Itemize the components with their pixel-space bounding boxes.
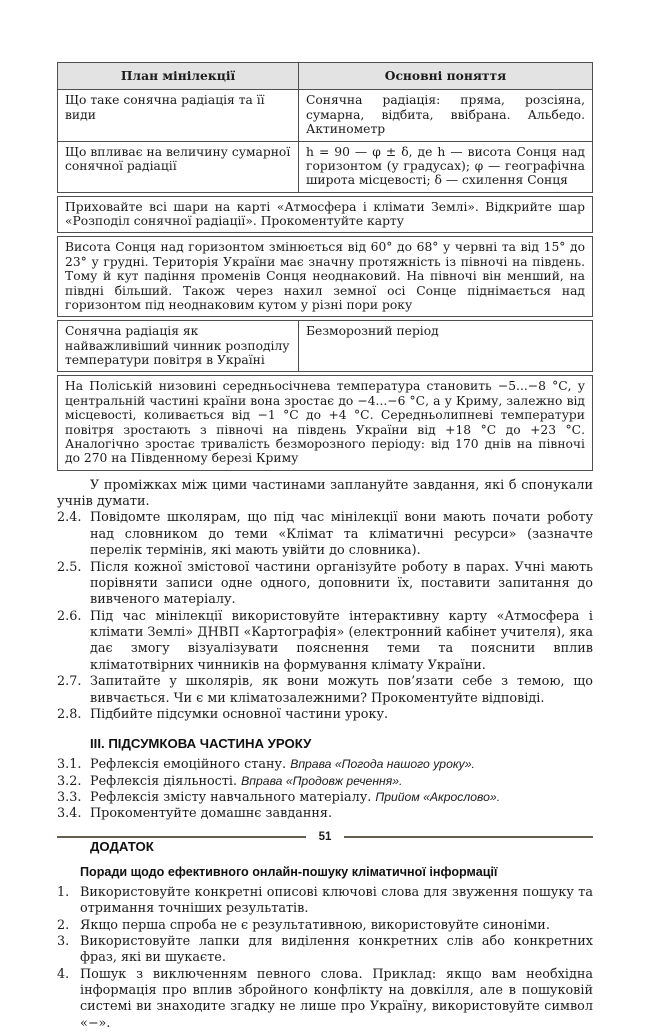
exercise-name: Вправа «Продовж речення». bbox=[241, 774, 402, 788]
item-text: Використовуйте лапки для виділення конкр… bbox=[80, 934, 593, 967]
table-cell-concepts: h = 90 — φ ± δ, де h — висота Сонця над … bbox=[299, 142, 592, 192]
list-item: 3. Використовуйте лапки для виділення ко… bbox=[57, 934, 593, 967]
item-text: Прокоментуйте домашнє завдання. bbox=[90, 806, 593, 822]
list-item: 3.2. Рефлексія діяльності. Вправа «Продо… bbox=[57, 774, 593, 790]
list-item: 2.4. Повідомте школярам, що під час міні… bbox=[57, 510, 593, 559]
intro-paragraph: У проміжках між цими частинами заплануйт… bbox=[57, 478, 593, 511]
table-cell-full: Приховайте всі шари на карті «Атмосфера … bbox=[58, 197, 592, 233]
minilecture-table: План мінілекції Основні поняття Що таке … bbox=[57, 62, 593, 193]
table-row-full: Приховайте всі шари на карті «Атмосфера … bbox=[57, 196, 593, 234]
page-number: 51 bbox=[306, 831, 345, 843]
list-item: 4. Пошук з виключенням певного слова. Пр… bbox=[57, 967, 593, 1032]
table-cell-plan: Що впливає на величину сумарної сонячної… bbox=[58, 142, 299, 192]
item-text: Під час мінілекції використовуйте інтера… bbox=[90, 609, 593, 675]
item-number: 3.4. bbox=[57, 806, 90, 822]
table-cell-plan: Що таке сонячна радіація та її види bbox=[58, 90, 299, 140]
table-cell-concepts: Безморозний період bbox=[299, 321, 592, 371]
footer-rule-left bbox=[57, 836, 306, 838]
item-text: Запитайте у школярів, як вони можуть пов… bbox=[90, 674, 593, 707]
table-row-full: На Поліській низовині середньосічнева те… bbox=[57, 375, 593, 470]
item-number: 2.7. bbox=[57, 674, 90, 707]
list-item: 2.5. Після кожної змістової частини орга… bbox=[57, 560, 593, 609]
table-header-plan: План мінілекції bbox=[58, 63, 299, 89]
page-footer: 51 bbox=[57, 831, 593, 843]
section-heading: III. ПІДСУМКОВА ЧАСТИНА УРОКУ bbox=[90, 736, 593, 751]
table-cell-full: Висота Сонця над горизонтом змінюється в… bbox=[58, 237, 592, 316]
table-row: Сонячна радіація як найважливіший чинник… bbox=[57, 320, 593, 372]
table-row: Що впливає на величину сумарної сонячної… bbox=[58, 141, 592, 192]
item-number: 3. bbox=[57, 934, 80, 967]
exercise-name: Прийом «Акрослово». bbox=[375, 790, 500, 804]
item-number: 2.4. bbox=[57, 510, 90, 559]
table-cell-plan: Сонячна радіація як найважливіший чинник… bbox=[58, 321, 299, 371]
list-item: 2.6. Під час мінілекції використовуйте і… bbox=[57, 609, 593, 675]
item-text: Повідомте школярам, що під час мінілекці… bbox=[90, 510, 593, 559]
table-cell-full: На Поліській низовині середньосічнева те… bbox=[58, 376, 592, 469]
list-item: 1. Використовуйте конкретні описові ключ… bbox=[57, 885, 593, 918]
page-content: План мінілекції Основні поняття Що таке … bbox=[57, 62, 593, 1032]
item-text: Рефлексія змісту навчального матеріалу. … bbox=[90, 790, 593, 806]
table-row-full: Висота Сонця над горизонтом змінюється в… bbox=[57, 236, 593, 317]
list-item: 2. Якщо перша спроба не є результативною… bbox=[57, 918, 593, 934]
list-item: 3.3. Рефлексія змісту навчального матері… bbox=[57, 790, 593, 806]
table-header-row: План мінілекції Основні поняття bbox=[58, 63, 592, 89]
table-row: Що таке сонячна радіація та її види Соня… bbox=[58, 89, 592, 140]
item-number: 2.6. bbox=[57, 609, 90, 675]
item-number: 4. bbox=[57, 967, 80, 1032]
item-number: 2.8. bbox=[57, 707, 90, 723]
item-number: 3.3. bbox=[57, 790, 90, 806]
item-text: Рефлексія діяльності. Вправа «Продовж ре… bbox=[90, 774, 593, 790]
item-text: Рефлексія емоційного стану. Вправа «Пого… bbox=[90, 757, 593, 773]
item-number: 2.5. bbox=[57, 560, 90, 609]
list-item: 2.7. Запитайте у школярів, як вони можут… bbox=[57, 674, 593, 707]
footer-rule-right bbox=[344, 836, 593, 838]
table-cell-concepts: Сонячна радіація: пряма, розсіяна, сумар… bbox=[299, 90, 592, 140]
item-text: Після кожної змістової частини організуй… bbox=[90, 560, 593, 609]
list-item: 2.8. Підбийте підсумки основної частини … bbox=[57, 707, 593, 723]
item-number: 2. bbox=[57, 918, 80, 934]
exercise-name: Вправа «Погода нашого уроку». bbox=[290, 757, 475, 771]
item-text: Підбийте підсумки основної частини уроку… bbox=[90, 707, 593, 723]
list-item: 3.4. Прокоментуйте домашнє завдання. bbox=[57, 806, 593, 822]
item-text: Використовуйте конкретні описові ключові… bbox=[80, 885, 593, 918]
item-text: Пошук з виключенням певного слова. Прикл… bbox=[80, 967, 593, 1032]
table-header-concepts: Основні поняття bbox=[299, 63, 592, 89]
item-text: Якщо перша спроба не є результативною, в… bbox=[80, 918, 593, 934]
appendix-subheading: Поради щодо ефективного онлайн-пошуку кл… bbox=[80, 865, 593, 879]
item-number: 3.2. bbox=[57, 774, 90, 790]
item-number: 1. bbox=[57, 885, 80, 918]
item-number: 3.1. bbox=[57, 757, 90, 773]
list-item: 3.1. Рефлексія емоційного стану. Вправа … bbox=[57, 757, 593, 773]
